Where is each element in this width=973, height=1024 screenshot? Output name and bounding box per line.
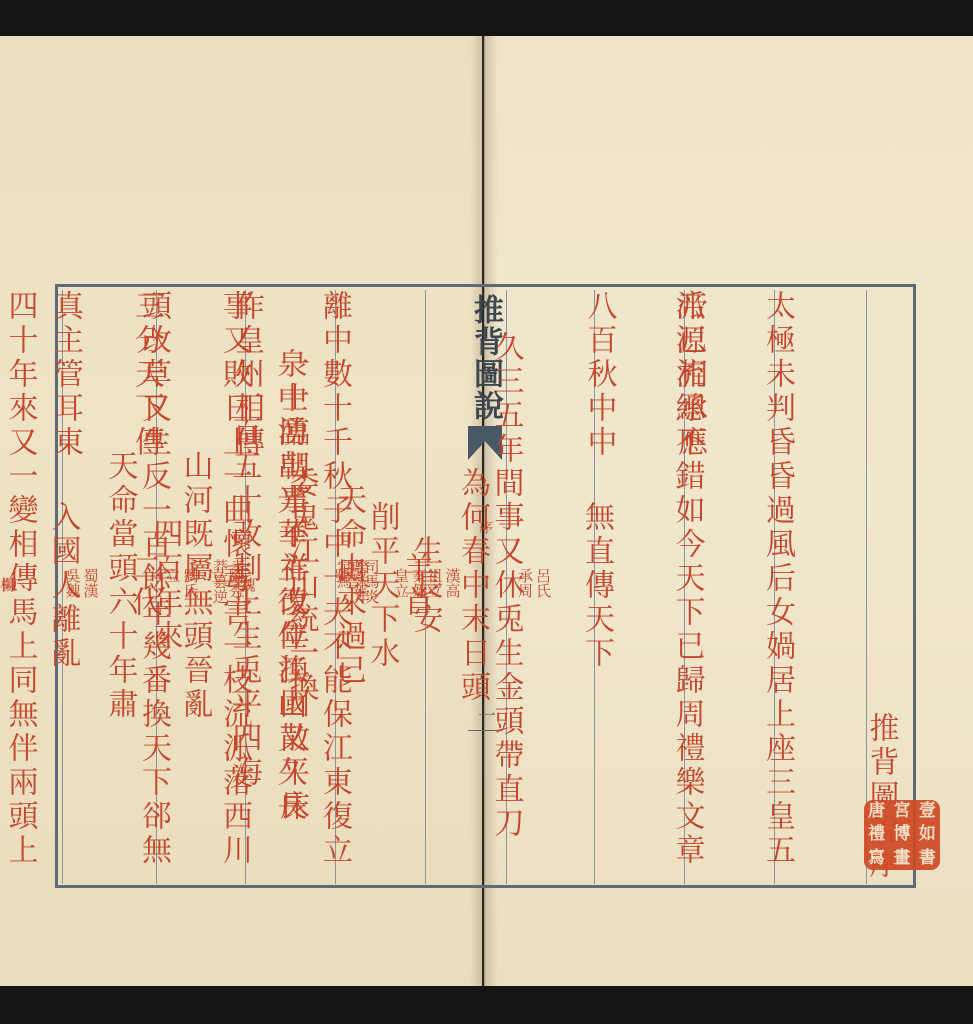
text-column: 推背圖說序 <box>822 290 912 882</box>
text-column: 泒源流總不錯如今天下已歸周禮樂文章八百秋中中 <box>641 290 731 882</box>
text-column: 久三五年間事又休兎生金頭帶直刀漢高祖立削平天下水 <box>460 290 550 882</box>
text-column: 生長安司馬炎號晉委鬼江山統一換魏山河既屬無頭晉亂 <box>379 290 469 882</box>
text-column: 無直傳天下呂氏承周為何春中末日頭秦始皇立天命由來過已 <box>550 290 640 882</box>
text-segment: 生長安 <box>381 535 469 637</box>
seal-char: 寫 <box>864 847 889 870</box>
text-segment: 無直傳天下 <box>552 501 640 671</box>
seal-char: 壹 <box>915 800 940 823</box>
seal-char: 書 <box>915 847 940 870</box>
text-segment: 入國人離亂 <box>19 501 107 671</box>
seal-char: 禮 <box>864 823 889 846</box>
text-column: 頭改草又生反一百餘年幾番換天下郤無真主管耳東 <box>107 290 197 882</box>
seal-char: 畫 <box>889 847 914 870</box>
text-column: 離中數十千秋子中一夫不能保江東復立作皇州相傳 <box>288 290 378 882</box>
text-column: 入國人離亂陳氏南隅長江北隅闕水水龍木易承天命士辰 <box>17 290 107 882</box>
seal-char: 博 <box>889 823 914 846</box>
seal-char: 唐 <box>864 800 889 823</box>
seal-char: 如 <box>915 823 940 846</box>
text-column: 一百五十改刲上生兎平四海劉氏立天命當頭六十年肅 <box>198 290 288 882</box>
seal-char: 宮 <box>889 800 914 823</box>
text-segment: 一百五十改刲上生兎平四海 <box>200 382 288 790</box>
text-segment: 久三五年間事又休兎生金頭帶直刀 <box>462 331 550 841</box>
collector-seal-stamp: 唐 宮 壹 禮 博 如 寫 畫 書 <box>864 800 940 870</box>
text-column: 太極未判昏昏過風后女媧居上座三皇五帝已相承應 <box>731 290 821 882</box>
interlinear-note: 楊氏 <box>0 577 16 595</box>
text-column: 楊氏十八鯉魚跳出來唐方得江山歸一定火牛年來又不 <box>0 290 16 882</box>
